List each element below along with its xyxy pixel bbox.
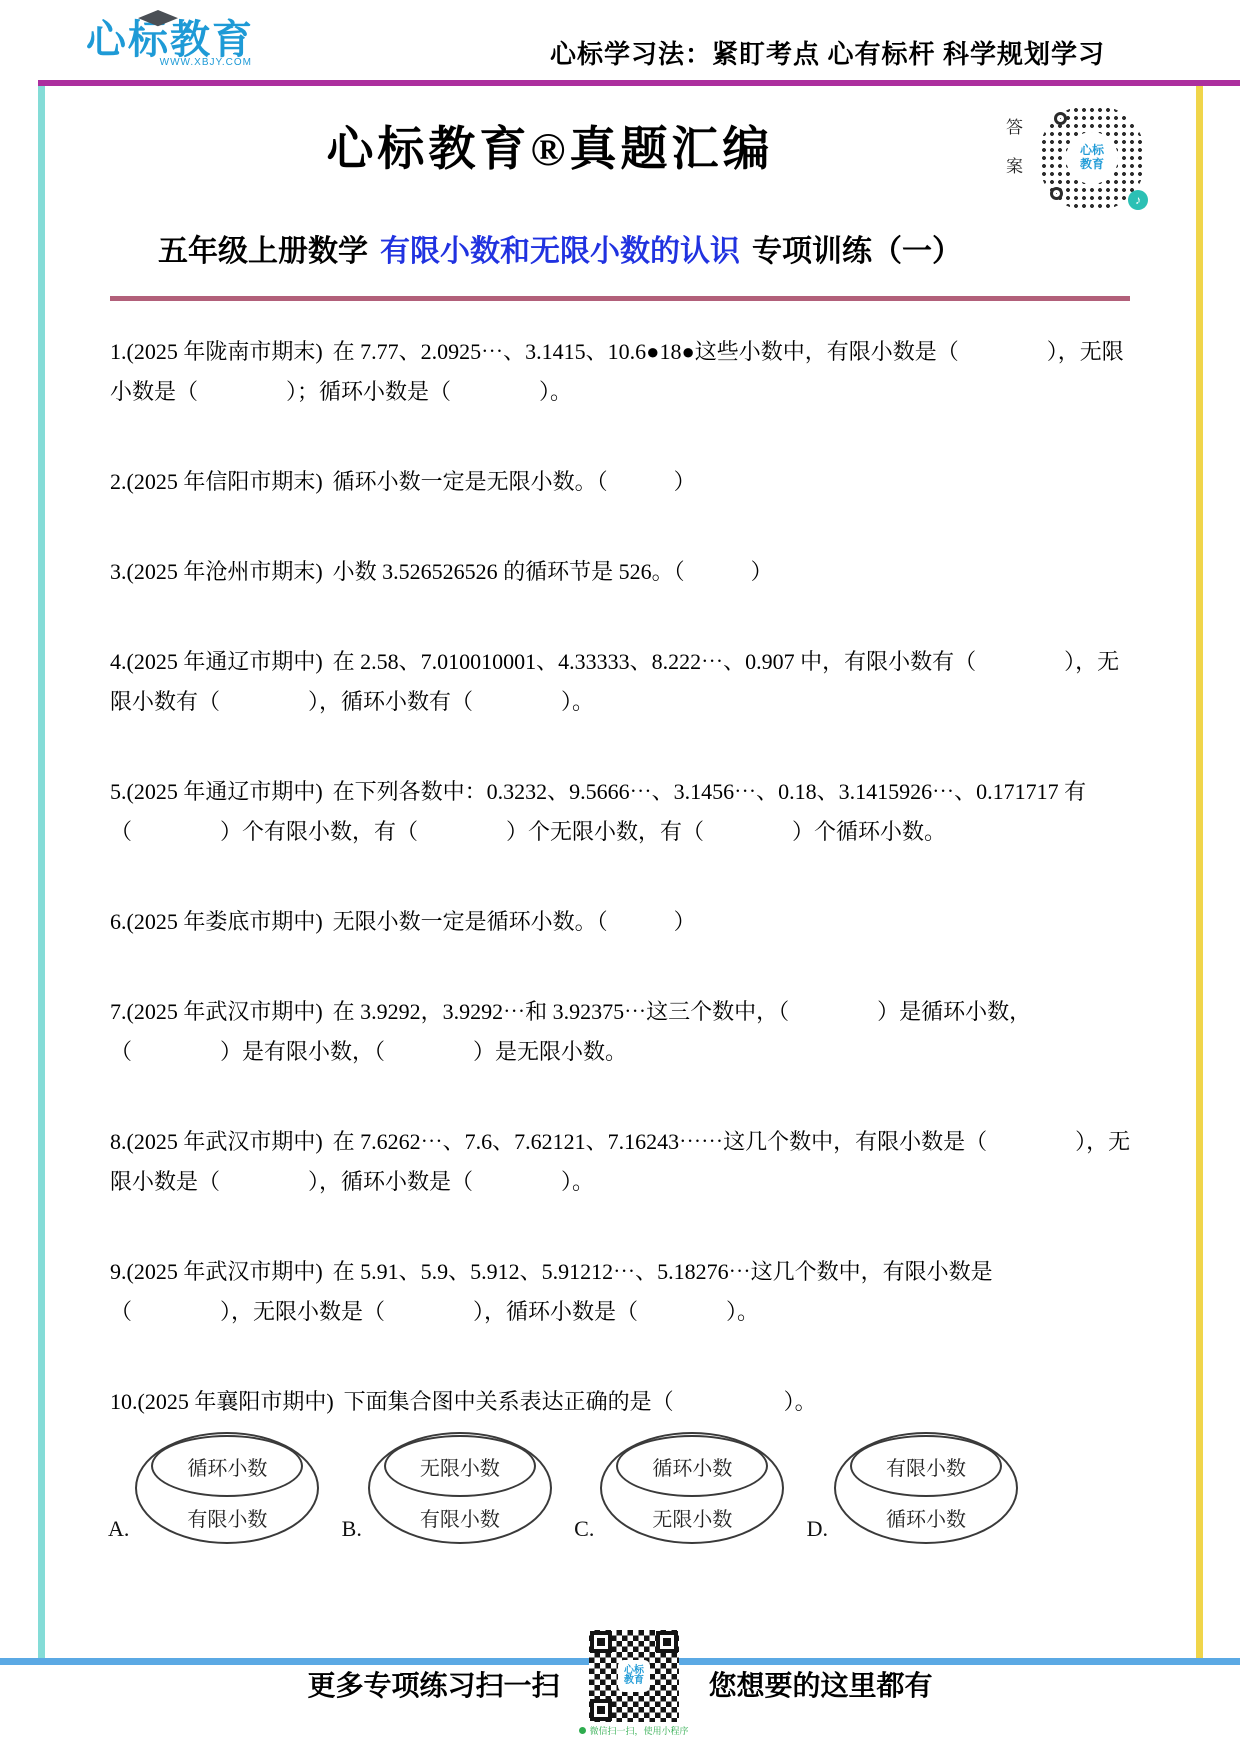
header-slogan: 心标学习法：紧盯考点 心有标杆 科学规划学习 [550, 34, 1105, 71]
option-d-letter: D. [807, 1518, 828, 1540]
question-10-number-source: 10.(2025 年襄阳市期中) [110, 1389, 334, 1414]
header-divider-line [38, 80, 1240, 86]
question-2-number-source: 2.(2025 年信阳市期末) [110, 469, 323, 494]
venn-option-a: A. 循环小数 有限小数 [108, 1432, 319, 1544]
answer-label: 答案 [1000, 118, 1025, 196]
qr-logo-line2: 教育 [1080, 158, 1104, 172]
footer: 更多专项练习扫一扫 心标 教育 微信扫一扫，使用小程序 您想要的这里都有 [0, 1630, 1240, 1737]
venn-diagram-a: 循环小数 有限小数 [135, 1432, 319, 1544]
subtitle-suffix: 专项训练（一） [752, 235, 962, 268]
question-4: 4.(2025 年通辽市期中)在 2.58、7.010010001、4.3333… [110, 642, 1134, 722]
worksheet-subtitle: 五年级上册数学有限小数和无限小数的认识专项训练（一） [110, 226, 1010, 270]
question-10: 10.(2025 年襄阳市期中)下面集合图中关系表达正确的是（ ）。 [110, 1382, 1134, 1422]
venn-outer-label: 循环小数 [834, 1503, 1018, 1532]
brand-logo: 心标教育 WWW.XBJY.COM [86, 18, 254, 68]
qr-finder-ring-icon [1054, 112, 1067, 125]
page-left-border [38, 86, 45, 1658]
brand-logo-text: 心标教育 [86, 18, 254, 62]
option-b-letter: B. [342, 1518, 362, 1540]
venn-inner-ellipse: 无限小数 [384, 1435, 536, 1497]
question-8: 8.(2025 年武汉市期中)在 7.6262⋯、7.6、7.62121、7.1… [110, 1122, 1134, 1202]
qr-finder-ring-icon [1050, 187, 1063, 200]
venn-outer-label: 有限小数 [368, 1503, 552, 1532]
venn-options-row: A. 循环小数 有限小数 B. 无限小数 有限小数 C. 循环小数 无限小数 [108, 1432, 1018, 1544]
question-2: 2.(2025 年信阳市期末)循环小数一定是无限小数。（ ） [110, 462, 1134, 502]
worksheet-page: 心标教育 WWW.XBJY.COM 心标学习法：紧盯考点 心有标杆 科学规划学习… [0, 0, 1240, 1754]
question-6: 6.(2025 年娄底市期中)无限小数一定是循环小数。（ ） [110, 902, 1134, 942]
qr-logo-line1: 心标 [1080, 144, 1104, 158]
footer-right-text: 您想要的这里都有 [709, 1664, 933, 1704]
qr-finder-icon [590, 1699, 612, 1721]
venn-outer-label: 有限小数 [135, 1503, 319, 1532]
venn-option-d: D. 有限小数 循环小数 [807, 1432, 1018, 1544]
question-3-text: 小数 3.526526526 的循环节是 526。（ ） [333, 559, 773, 584]
venn-inner-ellipse: 有限小数 [850, 1435, 1002, 1497]
question-5-number-source: 5.(2025 年通辽市期中) [110, 779, 323, 804]
venn-inner-ellipse: 循环小数 [616, 1435, 768, 1497]
title-underline-rule [110, 296, 1130, 301]
wechat-scan-caption-text: 微信扫一扫，使用小程序 [589, 1724, 688, 1737]
question-7-number-source: 7.(2025 年武汉市期中) [110, 999, 323, 1024]
question-3: 3.(2025 年沧州市期末)小数 3.526526526 的循环节是 526。… [110, 552, 1134, 592]
qr-finder-icon [656, 1631, 678, 1653]
wechat-dot-icon [579, 1727, 586, 1734]
question-10-text: 下面集合图中关系表达正确的是（ ）。 [344, 1389, 817, 1414]
page-right-border [1196, 86, 1203, 1658]
qr-center-logo: 心标 教育 [1066, 132, 1118, 184]
venn-diagram-d: 有限小数 循环小数 [834, 1432, 1018, 1544]
footer-qr-code: 心标 教育 [589, 1630, 679, 1722]
question-7: 7.(2025 年武汉市期中)在 3.9292，3.9292⋯和 3.92375… [110, 992, 1134, 1072]
music-note-icon: ♪ [1128, 190, 1148, 210]
question-5: 5.(2025 年通辽市期中)在下列各数中：0.3232、9.5666⋯、3.1… [110, 772, 1134, 852]
question-9-number-source: 9.(2025 年武汉市期中) [110, 1259, 323, 1284]
question-8-number-source: 8.(2025 年武汉市期中) [110, 1129, 323, 1154]
page-title: 心标教育®真题汇编 [110, 112, 990, 179]
question-4-number-source: 4.(2025 年通辽市期中) [110, 649, 323, 674]
subtitle-topic-highlight: 有限小数和无限小数的认识 [380, 235, 740, 268]
option-c-letter: C. [574, 1518, 594, 1540]
question-list: 1.(2025 年陇南市期末)在 7.77、2.0925⋯、3.1415、10.… [110, 332, 1134, 1472]
venn-outer-label: 无限小数 [600, 1503, 784, 1532]
question-2-text: 循环小数一定是无限小数。（ ） [333, 469, 696, 494]
subtitle-prefix: 五年级上册数学 [158, 235, 368, 268]
venn-diagram-c: 循环小数 无限小数 [600, 1432, 784, 1544]
answer-qr-code: 心标 教育 ♪ [1038, 104, 1146, 212]
venn-option-c: C. 循环小数 无限小数 [574, 1432, 784, 1544]
question-3-number-source: 3.(2025 年沧州市期末) [110, 559, 323, 584]
question-1-number-source: 1.(2025 年陇南市期末) [110, 339, 323, 364]
qr-finder-icon [590, 1631, 612, 1653]
venn-inner-ellipse: 循环小数 [151, 1435, 303, 1497]
footer-left-text: 更多专项练习扫一扫 [307, 1664, 559, 1704]
question-6-text: 无限小数一定是循环小数。（ ） [333, 909, 696, 934]
venn-option-b: B. 无限小数 有限小数 [342, 1432, 552, 1544]
wechat-scan-caption: 微信扫一扫，使用小程序 [579, 1724, 688, 1737]
option-a-letter: A. [108, 1518, 129, 1540]
question-9: 9.(2025 年武汉市期中)在 5.91、5.9、5.912、5.91212⋯… [110, 1252, 1134, 1332]
venn-diagram-b: 无限小数 有限小数 [368, 1432, 552, 1544]
footer-qr-center-logo: 心标 教育 [618, 1660, 650, 1692]
question-6-number-source: 6.(2025 年娄底市期中) [110, 909, 323, 934]
footer-qr-block: 心标 教育 微信扫一扫，使用小程序 [579, 1630, 688, 1737]
question-1: 1.(2025 年陇南市期末)在 7.77、2.0925⋯、3.1415、10.… [110, 332, 1134, 412]
footer-qr-logo-line2: 教育 [624, 1676, 644, 1687]
